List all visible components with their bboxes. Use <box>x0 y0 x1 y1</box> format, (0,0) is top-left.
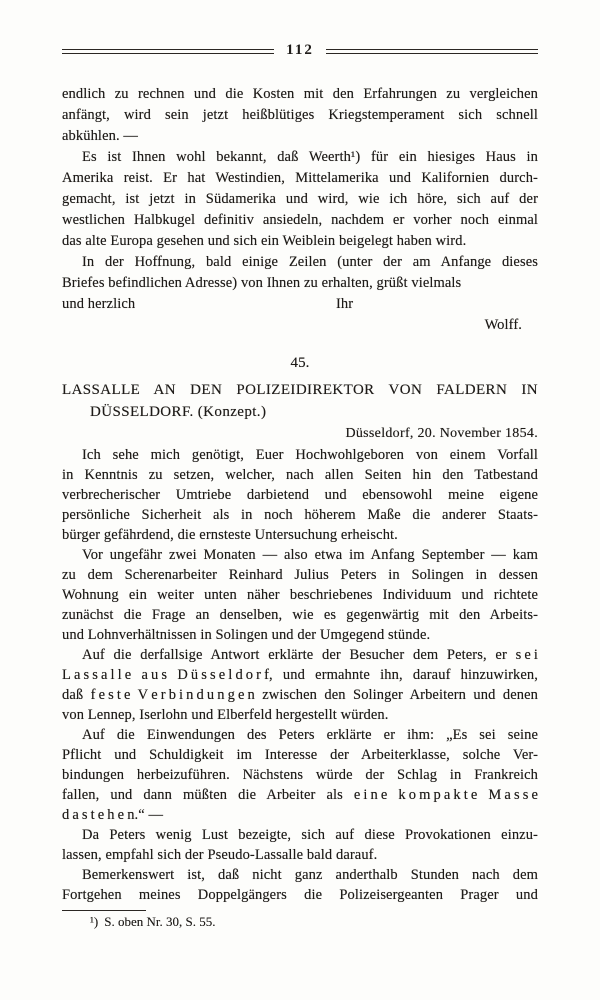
text-line: lassen, empfahl sich der Pseudo-Lassalle… <box>62 845 538 865</box>
text-line: bürger gefährdend, die ernsteste Untersu… <box>62 525 538 545</box>
letter-44-body: endlich zu rechnen und die Kosten mit de… <box>62 84 538 294</box>
text-line: Briefes befindlichen Adresse) von Ihnen … <box>62 273 538 294</box>
text-line: In der Hoffnung, bald einige Zeilen (unt… <box>62 252 538 273</box>
paragraph: Es ist Ihnen wohl bekannt, daß Weerth¹) … <box>62 147 538 252</box>
text-line: verbrecherischer Umtriebe darbietend und… <box>62 485 538 505</box>
text-line: abkühlen. — <box>62 126 538 147</box>
paragraph: Ich sehe mich genötigt, Euer Hochwohlgeb… <box>62 445 538 545</box>
text-line: bindungen herbeizuführen. Nächstens würd… <box>62 765 538 785</box>
text-line: westlichen Halbkugel definitiv ansiedeln… <box>62 210 538 231</box>
footnote-marker: ¹) <box>90 914 104 929</box>
footnote-rule <box>62 910 146 911</box>
running-head: 112 <box>62 44 538 58</box>
text-line: Auf die Einwendungen des Peters erklärte… <box>62 725 538 745</box>
heading-line-2: DÜSSELDORF. (Konzept.) <box>62 401 538 423</box>
letter-closing-line: und herzlich Ihr <box>62 294 538 315</box>
text-line: Pflicht und Schuldigkeit im Interesse de… <box>62 745 538 765</box>
header-rule-left <box>62 49 274 54</box>
footnote-text: S. oben Nr. 30, S. 55. <box>104 914 215 929</box>
signature-wolff: Wolff. <box>62 315 538 336</box>
text-line: L a s s a l l e a u s D ü s s e l d o r … <box>62 665 538 685</box>
text-line: und Lohnverhältnissen in Solingen und de… <box>62 625 538 645</box>
page-number: 112 <box>274 43 326 57</box>
paragraph: Auf die Einwendungen des Peters erklärte… <box>62 725 538 825</box>
paragraph: endlich zu rechnen und die Kosten mit de… <box>62 84 538 147</box>
text-line: Bemerkenswert ist, daß nicht ganz andert… <box>62 865 538 885</box>
paragraph: Vor ungefähr zwei Monaten — also etwa im… <box>62 545 538 645</box>
text-line: endlich zu rechnen und die Kosten mit de… <box>62 84 538 105</box>
heading-line-1: LASSALLE AN DEN POLIZEIDIREKTOR VON FALD… <box>62 379 538 401</box>
text-line: zunächst die Frage an denselben, wie es … <box>62 605 538 625</box>
text-line: Vor ungefähr zwei Monaten — also etwa im… <box>62 545 538 565</box>
text-line: Ich sehe mich genötigt, Euer Hochwohlgeb… <box>62 445 538 465</box>
text-line: gemacht, ist jetzt in Südamerika und wir… <box>62 189 538 210</box>
letter-45-heading: LASSALLE AN DEN POLIZEIDIREKTOR VON FALD… <box>62 379 538 423</box>
text-line: das alte Europa gesehen und sich ein Wei… <box>62 231 538 252</box>
section-number: 45. <box>62 353 538 374</box>
closing-phrase: und herzlich <box>62 296 135 312</box>
paragraph: Bemerkenswert ist, daß nicht ganz andert… <box>62 865 538 905</box>
paragraph: Auf die derfallsige Antwort erklärte der… <box>62 645 538 725</box>
text-line: Da Peters wenig Lust bezeigte, sich auf … <box>62 825 538 845</box>
header-rule-right <box>326 49 538 54</box>
dateline: Düsseldorf, 20. November 1854. <box>62 423 538 444</box>
text-line: Auf die derfallsige Antwort erklärte der… <box>62 645 538 665</box>
text-line: Es ist Ihnen wohl bekannt, daß Weerth¹) … <box>62 147 538 168</box>
text-line: fallen, und dann müßten die Arbeiter als… <box>62 785 538 805</box>
paragraph: Da Peters wenig Lust bezeigte, sich auf … <box>62 825 538 865</box>
closing-ihr: Ihr <box>336 294 353 315</box>
footnote: ¹)S. oben Nr. 30, S. 55. <box>62 913 538 931</box>
text-line: Fortgehen meines Doppelgängers die Poliz… <box>62 885 538 905</box>
letter-45-body: Ich sehe mich genötigt, Euer Hochwohlgeb… <box>62 445 538 905</box>
text-line: anfängt, wird sein jetzt heißblütiges Kr… <box>62 105 538 126</box>
book-page-scan: 112 endlich zu rechnen und die Kosten mi… <box>0 0 600 1000</box>
text-line: daß f e s t e V e r b i n d u n g e n zw… <box>62 685 538 705</box>
text-line: in Kenntnis zu setzen, welcher, nach all… <box>62 465 538 485</box>
text-line: von Lennep, Iserlohn und Elberfeld herge… <box>62 705 538 725</box>
text-line: persönliche Sicherheit als in noch höher… <box>62 505 538 525</box>
text-line: d a s t e h e n.“ — <box>62 805 538 825</box>
text-line: Wohnung ein weiter unten näher beschrieb… <box>62 585 538 605</box>
text-line: zu dem Scherenarbeiter Reinhard Julius P… <box>62 565 538 585</box>
paragraph: In der Hoffnung, bald einige Zeilen (unt… <box>62 252 538 294</box>
text-line: Amerika reist. Er hat Westindien, Mittel… <box>62 168 538 189</box>
